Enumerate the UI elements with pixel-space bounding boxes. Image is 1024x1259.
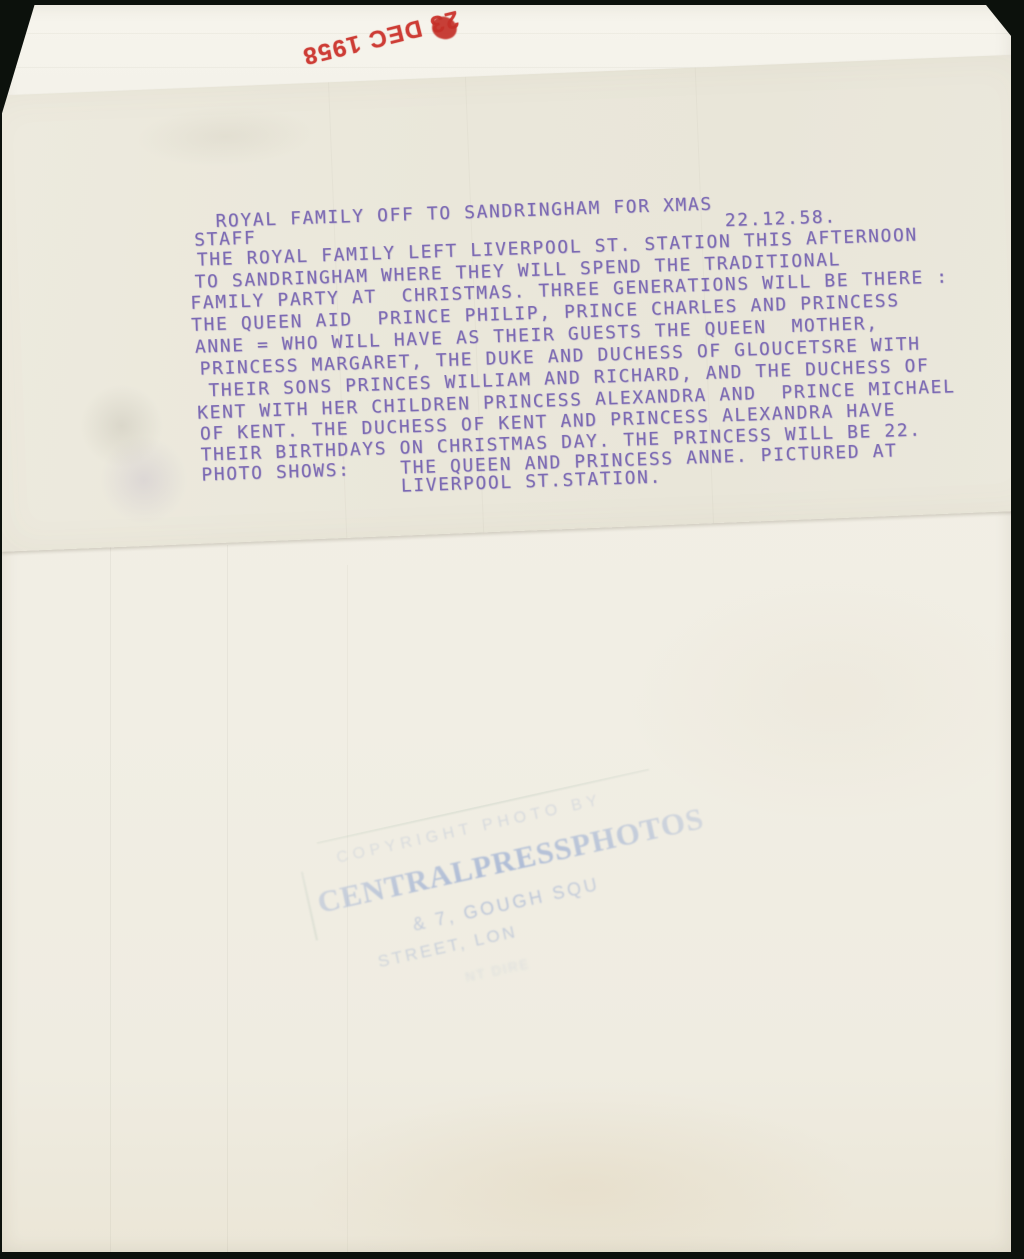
smudge — [75, 379, 169, 473]
paper-fiber-line — [2, 33, 1011, 34]
photo-verso-paper: COPYRIGHT PHOTO BY CENTRALPRESSPHOTOS & … — [2, 5, 1011, 1252]
copyright-stamp: COPYRIGHT PHOTO BY CENTRALPRESSPHOTOS & … — [293, 754, 760, 1062]
crease-line — [110, 545, 111, 1252]
smudge — [92, 433, 196, 527]
crease-line — [227, 545, 228, 1252]
typed-caption: ROYAL FAMILY OFF TO SANDRINGHAM FOR XMAS… — [186, 177, 1011, 515]
stain — [302, 1085, 862, 1252]
stamp-frame-line — [301, 872, 318, 941]
date-stamp: 23 DEC 1958 — [282, 6, 461, 74]
smudge — [134, 103, 316, 170]
scanner-background: COPYRIGHT PHOTO BY CENTRALPRESSPHOTOS & … — [0, 0, 1024, 1259]
